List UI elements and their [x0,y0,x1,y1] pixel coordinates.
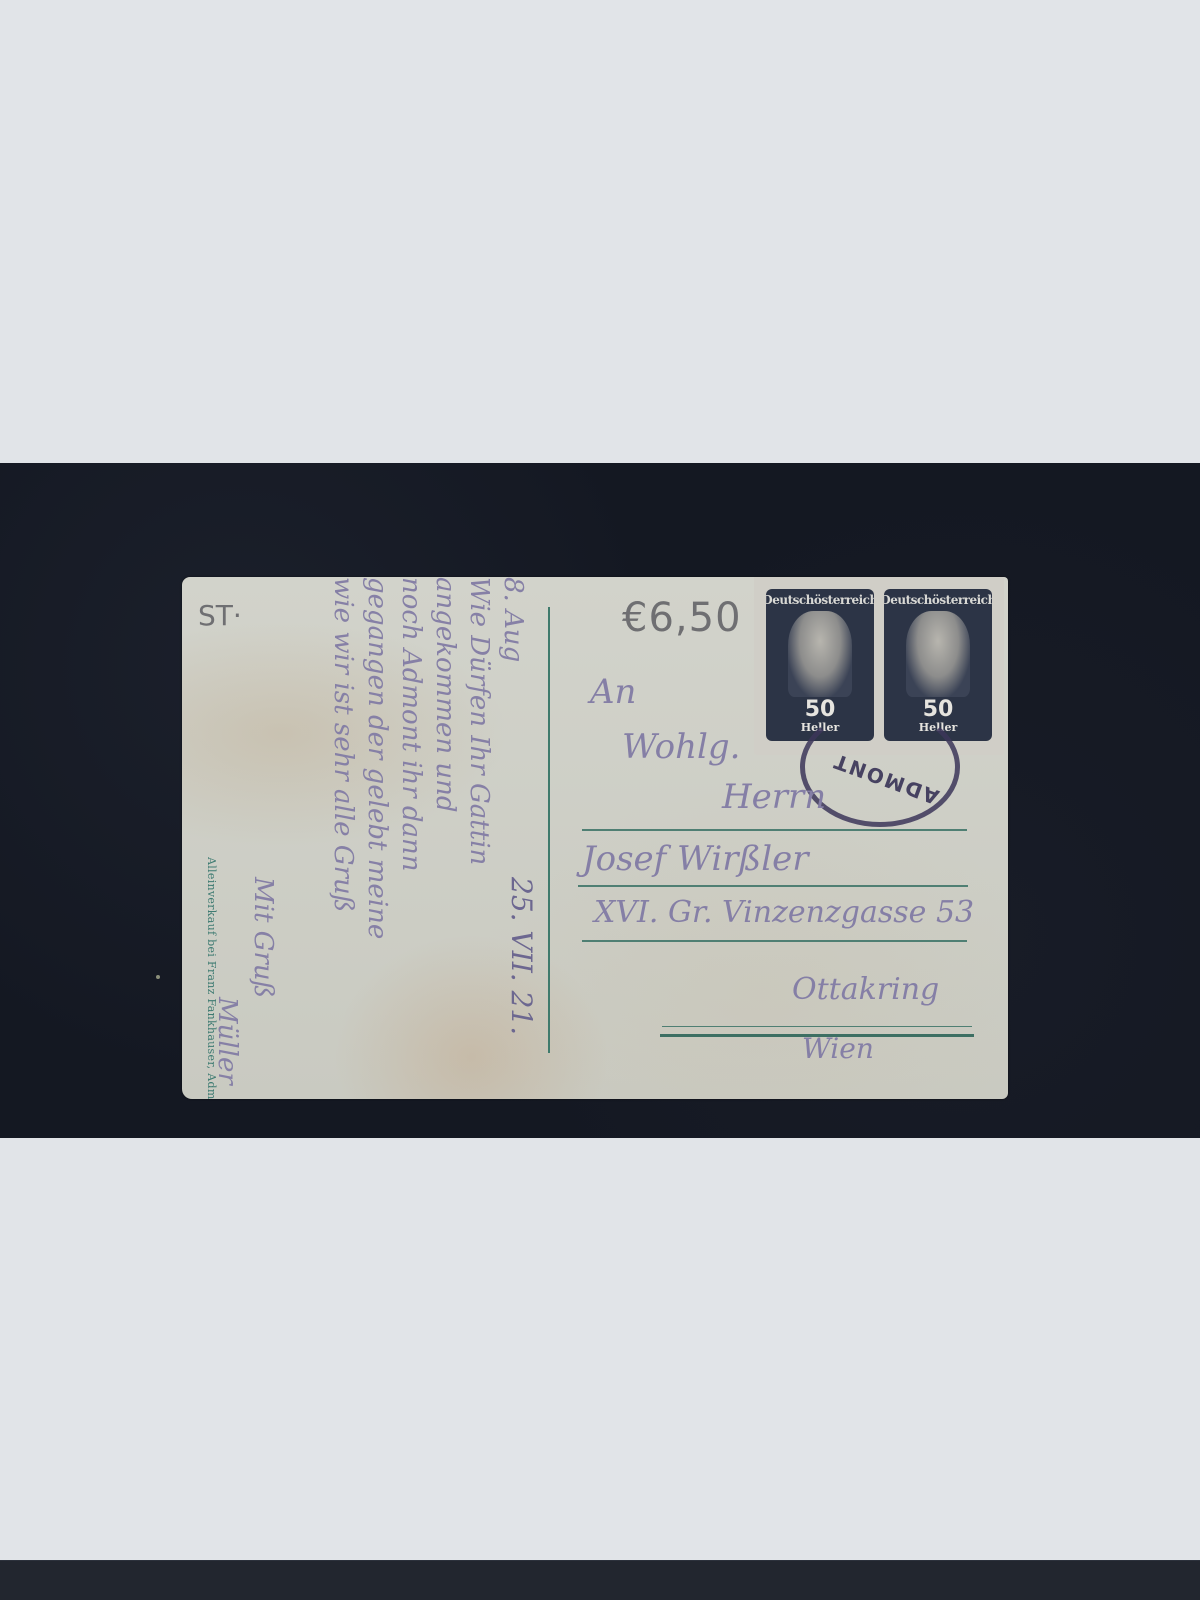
mount-strip [0,1560,1200,1600]
card-divider [548,607,550,1053]
address-name: Josef Wirßler [582,839,809,879]
photo-backdrop: ST· Alleinverkauf bei Franz Fankhauser, … [0,463,1200,1138]
message-line: 8. Aug [498,577,528,662]
dealer-code: ST· [198,599,242,632]
address-honorific: Wohlg. [622,727,740,767]
stamp-country: Deutschösterreich [766,593,874,607]
stamp-value: 50 [805,699,836,721]
dust-speck [156,975,160,979]
message-line: noch Admont ihr dann [396,577,426,872]
stamp-figure-icon [906,611,970,697]
address-city: Wien [802,1032,874,1065]
address-rule [578,885,968,887]
address-salutation: An [590,672,636,712]
stamp-country: Deutschösterreich [884,593,992,607]
postcard: ST· Alleinverkauf bei Franz Fankhauser, … [182,577,1008,1099]
stamp-figure-icon [788,611,852,697]
message-line: Mit Gruß [248,877,278,998]
address-district: Ottakring [792,972,939,1007]
address-title: Herrn [722,777,826,817]
message-line: gegangen der gelebt meine [362,577,392,939]
address-rule [582,940,967,942]
address-rule [662,1026,972,1027]
message-date: 25. VII. 21. [505,877,538,1035]
message-line: Wie Dürfen Ihr Gattin [464,577,494,865]
message-line: angekommen und [430,577,460,813]
message-line: wie wir ist sehr alle Gruß [328,577,358,912]
address-rule [582,829,967,831]
price-mark: €6,50 [622,595,742,641]
address-street: XVI. Gr. Vinzenzgasse 53 [594,895,974,930]
message-line: Müller [212,997,242,1085]
